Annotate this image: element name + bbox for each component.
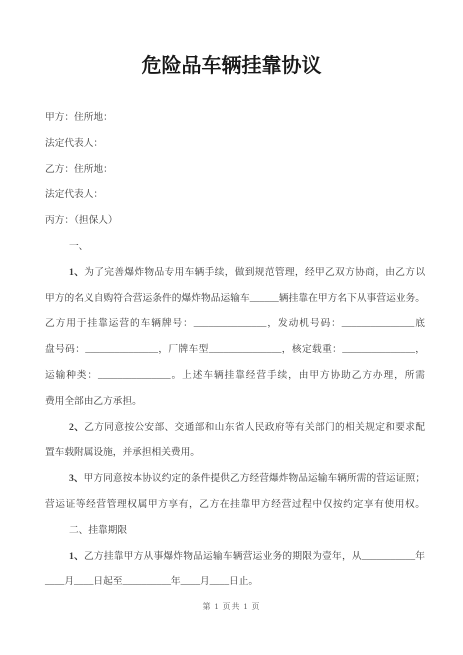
document-page: 危险品车辆挂靠协议 甲方：住所地： 法定代表人： 乙方：住所地： 法定代表人： … xyxy=(0,0,463,655)
clause-2-line-1: 2、乙方同意按公安部、交通部和山东省人民政府等有关部门的相关规定和要求配 xyxy=(45,415,425,441)
page-title: 危险品车辆挂靠协议 xyxy=(0,0,463,81)
party-b-line: 乙方：住所地： xyxy=(45,157,425,183)
section-two-heading: 二、挂靠期限 xyxy=(45,518,425,544)
party-a-line: 甲方：住所地： xyxy=(45,105,425,131)
transport-type-line: 运输种类：_______________。上述车辆挂靠经营手续，由甲方协助乙方办… xyxy=(45,363,425,389)
term-clause-line-1: 1、乙方挂靠甲方从事爆炸物品运输车辆营运业务的期限为壹年，从__________… xyxy=(45,544,425,570)
clause-1-end-line: 费用全部由乙方承担。 xyxy=(45,389,425,415)
party-c-guarantor-line: 丙方：（担保人） xyxy=(45,208,425,234)
vehicle-plate-engine-line: 乙方用于挂靠运营的车辆牌号：_______________，发动机号码：____… xyxy=(45,311,425,337)
clause-1-line-1: 1、为了完善爆炸物品专用车辆手续，做到规范管理，经甲乙双方协商，由乙方以 xyxy=(45,260,425,286)
party-a-legal-rep-line: 法定代表人： xyxy=(45,131,425,157)
clause-2-line-2: 置车载附属设施，并承担相关费用。 xyxy=(45,440,425,466)
clause-3-line-1: 3、甲方同意按本协议约定的条件提供乙方经营爆炸物品运输车辆所需的营运证照； xyxy=(45,466,425,492)
party-b-legal-rep-line: 法定代表人： xyxy=(45,182,425,208)
section-one-heading: 一、 xyxy=(45,234,425,260)
term-clause-line-2: ____月____日起至__________年____月____日止。 xyxy=(45,569,425,595)
chassis-brand-load-line: 盘号码：_______________，厂牌车型_______________，… xyxy=(45,337,425,363)
page-footer: 第 1 页共 1 页 xyxy=(0,601,463,612)
document-body: 甲方：住所地： 法定代表人： 乙方：住所地： 法定代表人： 丙方：（担保人） 一… xyxy=(45,105,425,595)
clause-3-line-2: 营运证等经营管理权属甲方享有，乙方在挂靠甲方经营过程中仅按约定享有使用权。 xyxy=(45,492,425,518)
clause-1-line-2: 甲方的名义自购符合营运条件的爆炸物品运输车______辆挂靠在甲方名下从事营运业… xyxy=(45,286,425,312)
